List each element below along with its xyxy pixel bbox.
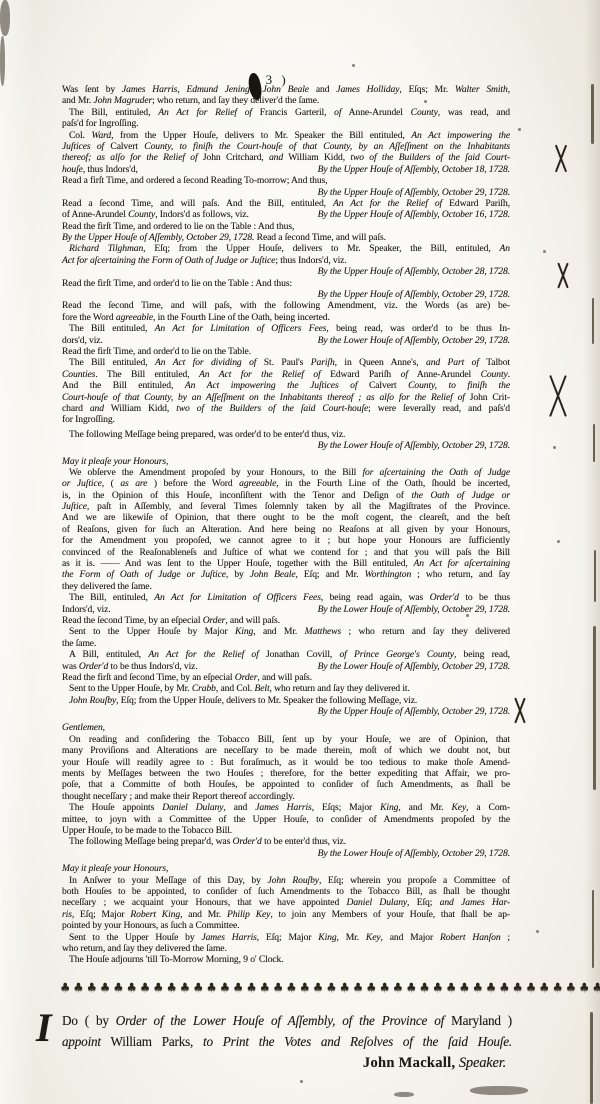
- text-line: they delivered the ſame.: [62, 581, 510, 592]
- text-line: The following Meſſage being prepared, wa…: [62, 429, 510, 440]
- text-line: The Houſe adjourns 'till To-Morrow Morni…: [62, 954, 510, 965]
- text-line: By the Lower Houſe of Aſſembly, October …: [62, 440, 510, 451]
- text-line: And we are likewiſe of Opinion, that the…: [62, 512, 510, 523]
- text-line: The Bill entituled, An Act for Limitatio…: [62, 323, 510, 334]
- paper-speck: [300, 1080, 303, 1083]
- scan-streak: [592, 890, 594, 968]
- text-line: Sent to the Upper Houſe, by Mr. Crabb, a…: [62, 683, 510, 694]
- text-line: or Juſtice, ( as are ) before the Word a…: [62, 478, 510, 489]
- text-line: Read the ſecond Time, by an eſpecial Ord…: [62, 615, 510, 626]
- colophon-text-line: Do ( by Order of the Lower Houſe of Aſſe…: [62, 1010, 512, 1031]
- text-line: By the Lower Houſe of Aſſembly, October …: [62, 848, 510, 859]
- text-line: John Rouſby, Eſq; from the Upper Houſe, …: [62, 695, 510, 706]
- text-line: paſs'd for Ingroſſing.: [62, 118, 510, 129]
- text-line: Upper Houſe, to be made to the Tobacco B…: [62, 825, 510, 836]
- margin-x-mark: [552, 146, 568, 174]
- text-line: By the Upper Houſe of Aſſembly, October …: [62, 706, 510, 717]
- colophon-text-line: appoint William Parks, to Print the Vote…: [62, 1031, 512, 1052]
- signature-line: John Mackall, Speaker.: [62, 1053, 512, 1074]
- text-line: Read the firſt Time, and order'd to lie …: [62, 346, 510, 357]
- text-line: Read the firſt Time, and ordered to lie …: [62, 221, 510, 232]
- text-line: Sent to the Upper Houſe by James Harris,…: [62, 932, 510, 943]
- ornament-group-right: ♣♣♣♣♣♣♣♣♣♣♣♣♣♣♣♣♣♣♣♣♣♣♣: [340, 980, 600, 995]
- text-line: your Houſe will readily agree to : But f…: [62, 757, 510, 768]
- paper-speck: [536, 930, 539, 933]
- text-line: many Proviſions and Alterations are nece…: [62, 745, 510, 756]
- text-line: A Bill, entituled, An Act for the Relief…: [62, 649, 510, 660]
- text-line: By the Upper Houſe of Aſſembly, October …: [62, 187, 510, 198]
- text-line: Indors'd, viz.By the Lower Houſe of Aſſe…: [62, 604, 510, 615]
- scan-streak: [593, 626, 596, 790]
- scan-streak: [591, 84, 594, 144]
- text-line: Was ſent by James Harris, Edmund Jenings…: [62, 84, 510, 95]
- text-line: who return, and ſay they delivered the ſ…: [62, 943, 510, 954]
- text-line: Read the firſt and ſecond Time, by an eſ…: [62, 672, 510, 683]
- text-line: Sent to the Upper Houſe by Major King, a…: [62, 626, 510, 637]
- text-line: Read a firſt Time, and ordered a ſecond …: [62, 175, 510, 186]
- text-line: On reading and conſidering the Tobacco B…: [62, 734, 510, 745]
- colophon-lines: Do ( by Order of the Lower Houſe of Aſſe…: [62, 1010, 512, 1074]
- ink-smudge: [0, 36, 5, 86]
- text-line: as it is. —— And was ſent to the Upper H…: [62, 558, 510, 569]
- text-line: We obſerve the Amendment propoſed by you…: [62, 467, 510, 478]
- text-line: convinced of the Reaſonableneſs and Juſt…: [62, 547, 510, 558]
- text-line: fore the Word agreeable, in the Fourth L…: [62, 312, 510, 323]
- text-line: neceſſary ; we acquaint your Honours, th…: [62, 897, 510, 908]
- text-line: both Houſes to be appointed, to conſider…: [62, 886, 510, 897]
- text-line: Richard Tilghman, Eſq; from the Upper Ho…: [62, 243, 510, 254]
- text-line: ments by Meſſages between the two Houſes…: [62, 768, 510, 779]
- text-line: The following Meſſage being prepar'd, wa…: [62, 836, 510, 847]
- text-line: May it pleaſe your Honours,: [62, 863, 510, 874]
- text-line: May it pleaſe your Honours,: [62, 456, 510, 467]
- ink-smudge: [470, 1086, 528, 1095]
- text-line: thought neceſſary ; and make their Repor…: [62, 791, 510, 802]
- text-line: Juſtice, paſt in Aſſembly, and ſeveral T…: [62, 501, 510, 512]
- text-line: ris, Eſq; Major Robert King, and Mr. Phi…: [62, 909, 510, 920]
- text-line: The Bill, entituled, An Act for Limitati…: [62, 592, 510, 603]
- text-line: Col. Ward, from the Upper Houſe, deliver…: [62, 130, 510, 141]
- text-line: Court-houſe of that County, by an Aſſeſſ…: [62, 392, 510, 403]
- drop-cap-initial: I: [36, 1010, 62, 1074]
- text-line: Gentlemen,: [62, 722, 510, 733]
- ink-smudge: [0, 0, 10, 36]
- paper-left-margin: [0, 0, 34, 1104]
- text-line: The Bill, entituled, An Act for Relief o…: [62, 107, 510, 118]
- paper-speck: [553, 446, 556, 449]
- ornament-group-left: ♣♣♣♣♣♣♣♣♣♣♣♣♣♣♣♣♣♣♣♣♣: [60, 980, 340, 995]
- text-line: the ſame.: [62, 638, 510, 649]
- text-line: In Anſwer to your Meſſage of this Day, b…: [62, 875, 510, 886]
- text-line: Act for aſcertaining the Form of Oath of…: [62, 255, 510, 266]
- text-line: of Reaſons, given for ſuch an Alteration…: [62, 524, 510, 535]
- text-line: of Anne-Arundel County, Indors'd as foll…: [62, 209, 510, 220]
- text-line: By the Upper Houſe of Aſſembly, October …: [62, 266, 510, 277]
- paper-speck: [543, 250, 546, 253]
- text-line: The Bill entituled, An Act for dividing …: [62, 357, 510, 368]
- scan-streak: [594, 550, 596, 602]
- text-line: The Houſe appoints Daniel Dulany, and Ja…: [62, 802, 510, 813]
- scan-streak: [593, 424, 595, 462]
- text-line: was Order'd to be thus Indors'd, viz.By …: [62, 661, 510, 672]
- text-line: And the Bill entituled, An Act impowerin…: [62, 380, 510, 391]
- text-line: chard and William Kidd, two of the Build…: [62, 403, 510, 414]
- text-line: Counties. The Bill entituled, An Act for…: [62, 369, 510, 380]
- scan-streak: [592, 298, 594, 344]
- paper-speck: [466, 614, 469, 617]
- speaker-name: John Mackall,: [363, 1055, 456, 1071]
- text-line: for Ingroſſing.: [62, 414, 510, 425]
- text-line: By the Upper Houſe of Aſſembly, October …: [62, 289, 510, 300]
- text-line: Read the ſecond Time, and will paſs, wit…: [62, 300, 510, 311]
- body-text: Was ſent by James Harris, Edmund Jenings…: [62, 84, 510, 966]
- text-line: Read a ſecond Time, and will paſs. And t…: [62, 198, 510, 209]
- margin-x-mark: [548, 376, 566, 418]
- text-line: By the Upper Houſe of Aſſembly, October …: [62, 232, 510, 243]
- text-line: for the Amendment you propoſed, we canno…: [62, 535, 510, 546]
- text-line: and Mr. John Magruder; who return, and ſ…: [62, 95, 510, 106]
- paper-speck: [518, 128, 521, 131]
- text-line: houſe, thus Indors'd,By the Upper Houſe …: [62, 164, 510, 175]
- text-line: is, in the Opinion of this Houſe, inconſ…: [62, 490, 510, 501]
- paper-speck: [424, 100, 427, 103]
- scanned-document-page: ( 3 ) Was ſent by James Harris, Edmund J…: [0, 0, 600, 1104]
- text-line: Juſtices of Calvert County, to finiſh th…: [62, 141, 510, 152]
- text-line: the Form of Oath of Judge or Juſtice, by…: [62, 569, 510, 580]
- paper-speck: [352, 64, 355, 67]
- text-line: mittee, to joyn with a Committee of the …: [62, 814, 510, 825]
- speaker-title: Speaker.: [459, 1055, 506, 1071]
- scan-streak: [590, 1012, 593, 1104]
- text-line: thereof; as alſo for the Relief of John …: [62, 152, 510, 163]
- text-line: pointed by your Honours, as ſuch a Commi…: [62, 920, 510, 931]
- ink-smudge: [394, 1092, 414, 1097]
- printers-ornament-rule: ♣♣♣♣♣♣♣♣♣♣♣♣♣♣♣♣♣♣♣♣♣ ♣♣♣♣♣♣♣♣♣♣♣♣♣♣♣♣♣♣…: [60, 980, 512, 995]
- paper-speck: [557, 540, 560, 543]
- colophon: I Do ( by Order of the Lower Houſe of Aſ…: [36, 1010, 512, 1074]
- margin-x-mark: [512, 699, 526, 725]
- text-line: Read the firſt Time, and order'd to lie …: [62, 278, 510, 289]
- text-line: poſe, that a Committe of both Houſes, be…: [62, 779, 510, 790]
- margin-x-mark: [554, 264, 569, 290]
- text-line: dors'd, viz.By the Lower Houſe of Aſſemb…: [62, 335, 510, 346]
